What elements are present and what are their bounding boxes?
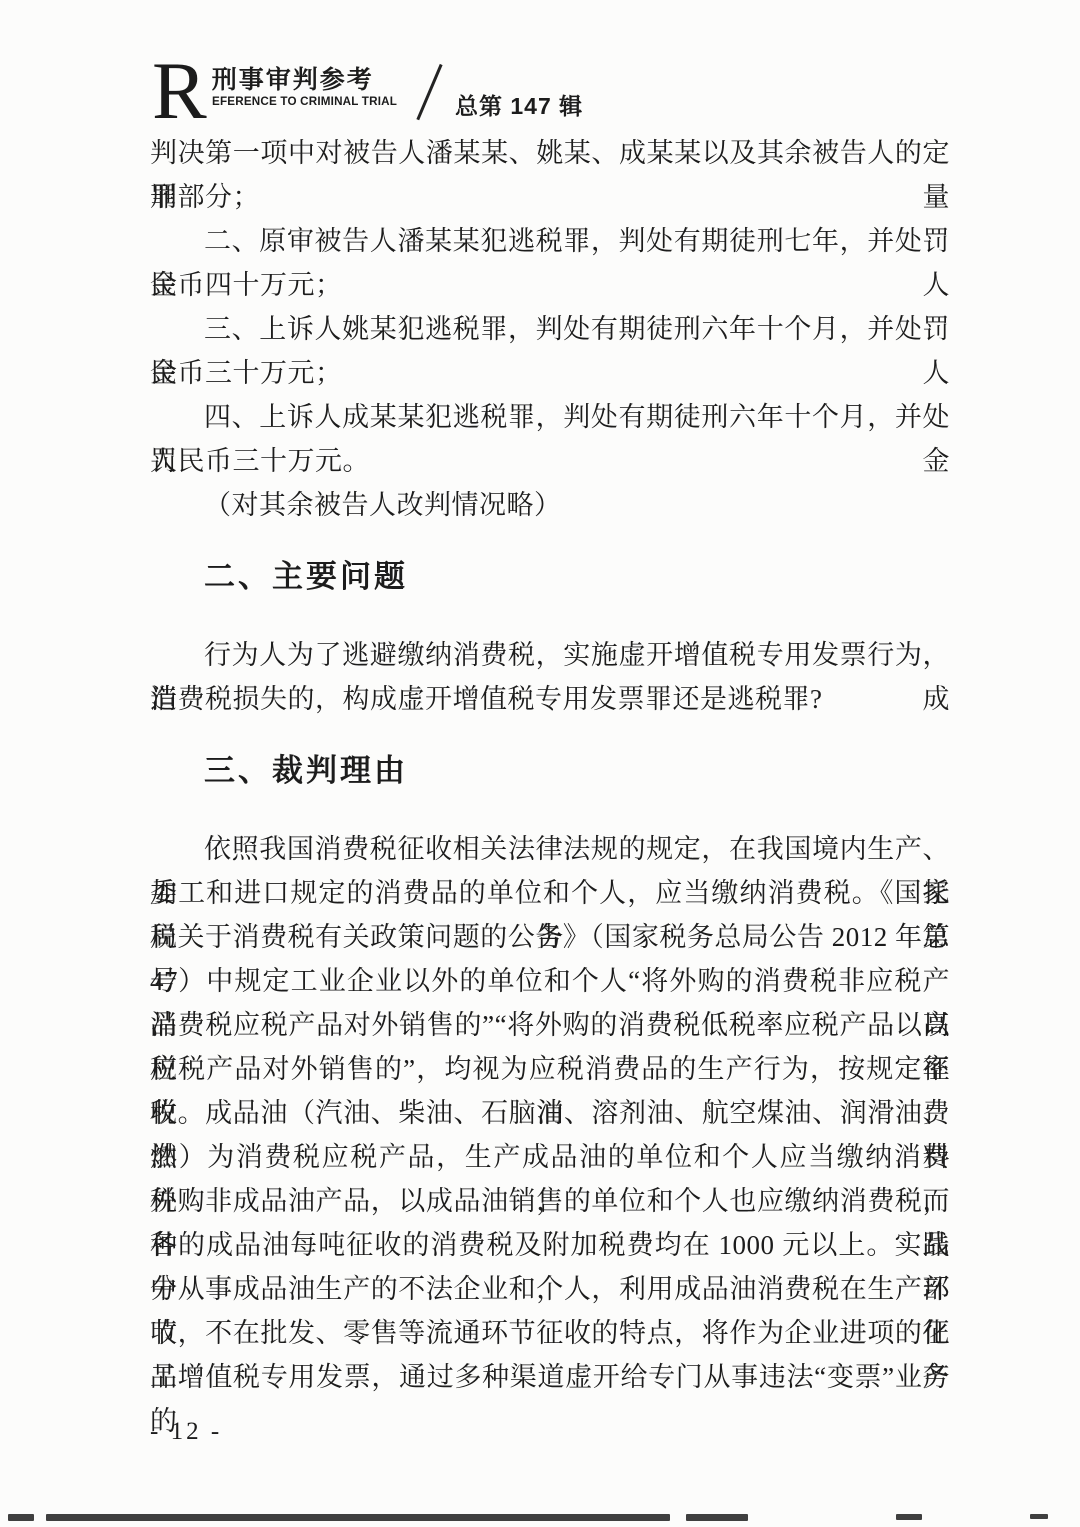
body-line: 加工和进口规定的消费品的单位和个人，应当缴纳消费税。《国家税务总 — [150, 871, 950, 915]
body-line: 种的成品油每吨征收的消费税及附加税费均在 1000 元以上。实践中，部 — [150, 1223, 950, 1267]
logo-initial: R — [152, 60, 207, 122]
body-line: 分从事成品油生产的不法企业和个人，利用成品油消费税在生产环节征 — [150, 1267, 950, 1311]
scan-edge-artifact — [686, 1514, 748, 1521]
book-header: R 刑事审判参考 EFERENCE TO CRIMINAL TRIAL 总第 1… — [152, 60, 583, 122]
section-heading-judgment-reasons: 三、裁判理由 — [150, 749, 950, 793]
body-line: 判决第一项中对被告人潘某某、姚某、成某某以及其余被告人的定罪量 — [150, 131, 950, 175]
body-line: 四、上诉人成某某犯逃税罪，判处有期徒刑六年十个月，并处罚金 — [150, 395, 950, 439]
body-line: 应税产品对外销售的”，均视为应税消费品的生产行为，按规定征收消费 — [150, 1047, 950, 1091]
body-line: 二、原审被告人潘某某犯逃税罪，判处有期徒刑七年，并处罚金人 — [150, 219, 950, 263]
scan-edge-artifact — [8, 1514, 34, 1521]
section-heading-main-issues: 二、主要问题 — [150, 555, 950, 599]
header-slash-divider — [417, 64, 443, 120]
book-title-chinese: 刑事审判参考 — [212, 66, 403, 94]
body-line: 油）为消费税应税产品，生产成品油的单位和个人应当缴纳消费税，而 — [150, 1135, 950, 1179]
body-line: 收，不在批发、零售等流通环节征收的特点，将作为企业进项的化工产 — [150, 1311, 950, 1355]
body-line: 三、上诉人姚某犯逃税罪，判处有期徒刑六年十个月，并处罚金人 — [150, 307, 950, 351]
body-line: 税。成品油（汽油、柴油、石脑油、溶剂油、航空煤油、润滑油、燃料 — [150, 1091, 950, 1135]
body-line: 号）中规定工业企业以外的单位和个人“将外购的消费税非应税产品以 — [150, 959, 950, 1003]
body-line: 消费税应税产品对外销售的”“将外购的消费税低税率应税产品以高税率 — [150, 1003, 950, 1047]
logo-text-block: 刑事审判参考 EFERENCE TO CRIMINAL TRIAL — [212, 60, 403, 109]
body-line: （对其余被告人改判情况略） — [150, 483, 950, 527]
scan-edge-artifact — [1030, 1514, 1048, 1519]
page-body-text: 判决第一项中对被告人潘某某、姚某、成某某以及其余被告人的定罪量 刑部分； 二、原… — [150, 131, 950, 1399]
page-number: - 12 - — [150, 1418, 222, 1446]
book-title-english: EFERENCE TO CRIMINAL TRIAL — [212, 94, 397, 109]
scan-edge-artifact — [896, 1514, 922, 1520]
body-line: 外购非成品油产品，以成品油销售的单位和个人也应缴纳消费税，各品 — [150, 1179, 950, 1223]
body-line: 行为人为了逃避缴纳消费税，实施虚开增值税专用发票行为，造成 — [150, 633, 950, 677]
body-line: 品增值税专用发票，通过多种渠道虚开给专门从事违法“变票”业务的 — [150, 1355, 950, 1399]
body-line: 局关于消费税有关政策问题的公告》（国家税务总局公告 2012 年第 47 — [150, 915, 950, 959]
document-page: R 刑事审判参考 EFERENCE TO CRIMINAL TRIAL 总第 1… — [0, 0, 1080, 1527]
issue-number-label: 总第 147 辑 — [455, 60, 583, 121]
scan-edge-artifact — [46, 1514, 670, 1521]
body-line: 依照我国消费税征收相关法律法规的规定，在我国境内生产、委托 — [150, 827, 950, 871]
